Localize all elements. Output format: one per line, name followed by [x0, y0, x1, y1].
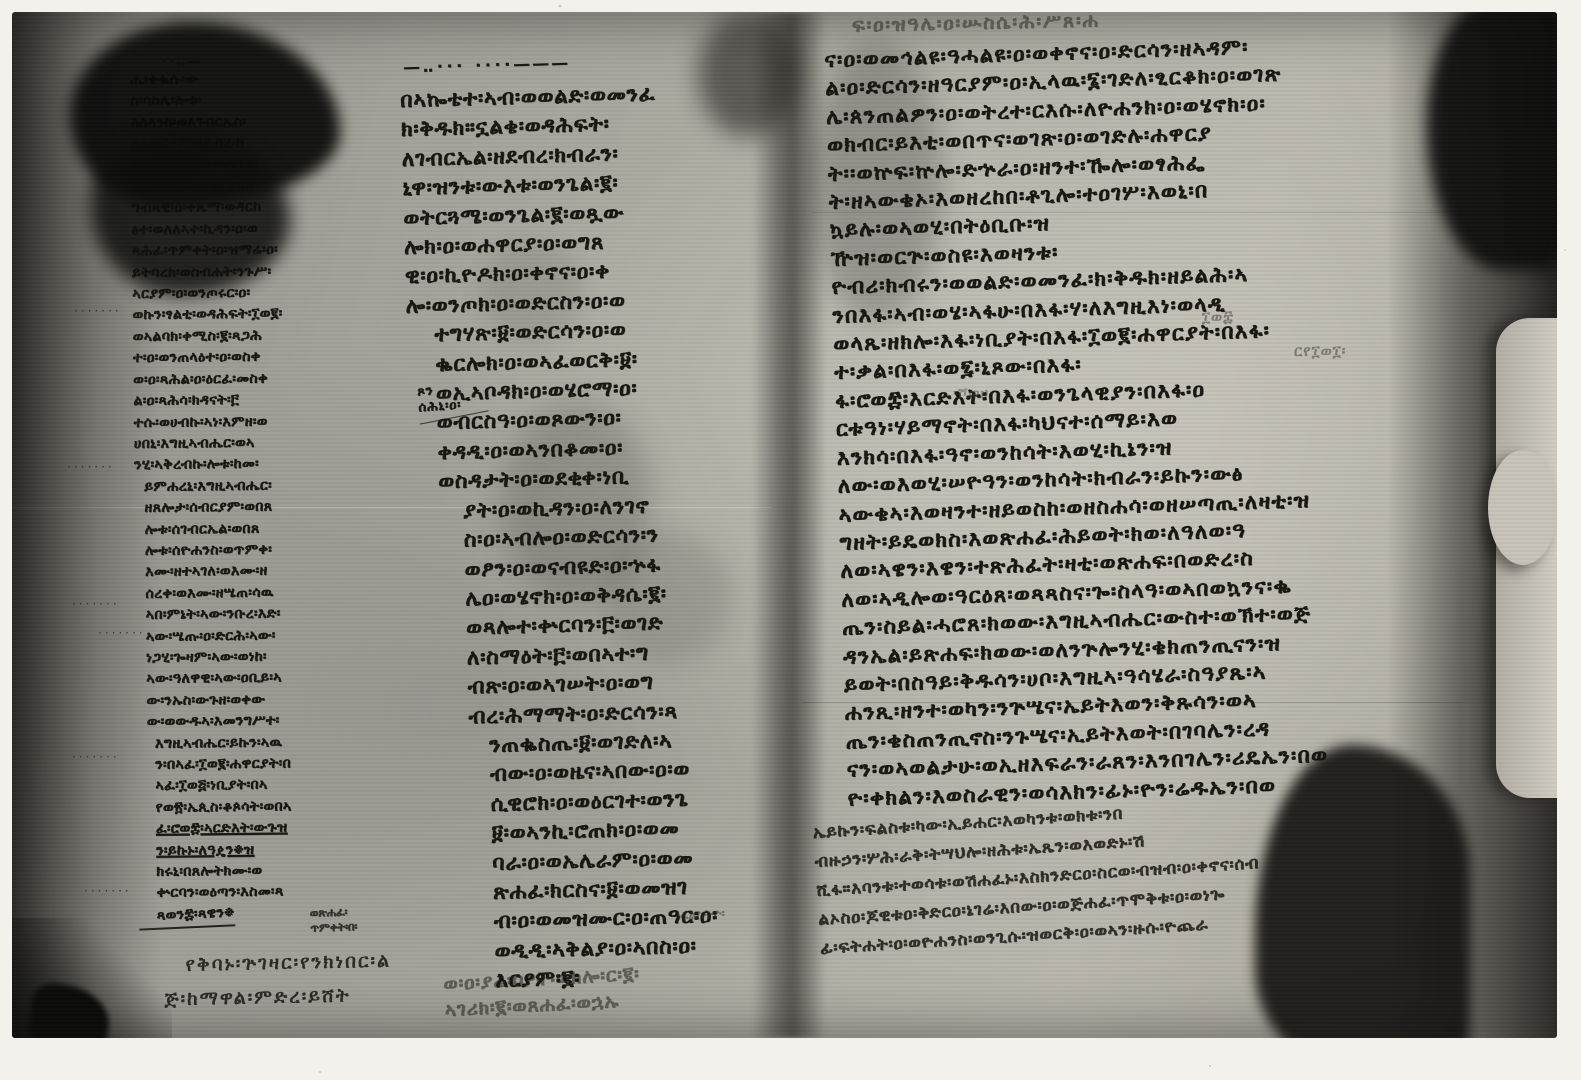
- text-line: ወኩን፡ፃልቲ፡ወዳሕፍት፡፲ወ፪፡: [132, 303, 410, 327]
- text-line: ን፡ይኩኑ፡ለዓዼን፠ዝ: [138, 838, 416, 862]
- text-line: ኣበ፡ምኔት፡ኣው፡ንቡረ፡እድ፡: [136, 602, 414, 626]
- text-line: ነጋሂ፡ጐዛም፡ኣው፡ወነከ፡: [136, 645, 414, 669]
- text-line: ው፡ወውዱኣ፡እመንግሥተ፡: [137, 709, 415, 733]
- faint-numeral: ፲ወ፰: [1202, 308, 1234, 326]
- header-rule-ornament: ―‥··· ····―――: [404, 54, 572, 77]
- scribe-mini-note-line: ወጽሐፈ፡: [309, 904, 356, 921]
- text-line: ተ፡ዐ፡ወንጠላዕተ፡ዐ፡ወስቀ: [133, 345, 411, 369]
- scribe-mini-note: ወጽሐፈ፡ ጥምቀት፡በ፡: [309, 904, 357, 936]
- text-line: ወኣልባክ፡ቀሚስ፡፪፡ጻጋሕ: [133, 324, 411, 348]
- text-line: ተሱ፡ወሀብኩ፡ኣነ፡እምዘ፡ወ: [134, 410, 412, 434]
- binding-gutter-shadow: [752, 12, 826, 1038]
- text-line: ዘጸሎታ፡ሰብርያም፡ወበጸ: [134, 495, 412, 519]
- colophon-line: ጅ፡ከማዋል፡ምድረ፡ይሸት: [164, 978, 392, 1017]
- text-line: ሀበኒ፡እግዚኣብሔር፡ወኣ: [134, 431, 412, 455]
- faint-marginal-word: ፡ፋልስትዮ፡: [677, 907, 726, 924]
- manuscript-photograph: ሔ፡ቀቈሱ፡ውስ፡ባስሌ፡ሎቱ፡ለሰላንከ፡ወለገብርኤስ፡ለለጠርያም፡ዘይብ…: [12, 12, 1557, 1038]
- scribe-mini-note-line: ጥምቀት፡በ፡: [310, 919, 357, 936]
- colophon-note: የቅባኑ፡ጕገዛር፡የንክነበር፡ል ጅ፡ከማዋል፡ምድረ፡ይሸት: [163, 944, 392, 1017]
- right-page-partial-top-line: ፍ፡ዐ፡ዝዓሌ፡ዐ፡ሡስሴ፡ሕ፡ሥጸ፡ሐ: [852, 12, 1100, 37]
- text-line: ሎቱ፡ሰዮሐንስ፡ወጥምቀ፡: [135, 538, 413, 562]
- text-line: ሰረቀ፡ወእሙ፡ዘሤጠ፡ሳዉ: [135, 581, 413, 605]
- text-line: ል፡ዐ፡ጻሕሳ፡ክዳናት፡፫: [133, 388, 411, 412]
- faint-numeral: ርየ፲ወ፲፡: [1294, 342, 1346, 360]
- left-page-column-2-faint-tail: ወ፡ዐ፡ያሬ፡በዖት፡ወክሎ፡ር፡፪፡ኣገሪክ፡፪፡ወጸሐፈ፡ወኋኡ: [443, 961, 642, 1023]
- text-line: እሙ፡ዘተኣገለ፡ወእሙ፡ዘ: [135, 559, 413, 583]
- text-line: ክሩኒ፡በጸሎትክሙ፡ወ: [138, 859, 416, 883]
- text-line: ወ፡ዐ፡ጻሕል፡ዐ፡ዕርፈ፡መስቀ: [133, 367, 411, 391]
- holding-fingertip: [1488, 450, 1557, 565]
- text-line: ቍርባን፡ወዕጣን፡እስመ፡ጻ: [139, 880, 417, 904]
- text-line: ይምሐረኒ፡እግዚኣብሔር፡: [134, 474, 412, 498]
- text-line: ሎቱ፡ሰገብርኤል፡ወበጸ: [135, 517, 413, 541]
- text-line: ኣው፡ዓለዋዊ፡ኣው፡ዐቢይ፡ኣ: [136, 666, 414, 690]
- text-line: ን፡በኣፈ፡፲ወ፪፡ሐዋርያት፡በ: [137, 752, 415, 776]
- text-line: ፈ፡ሮወ፰፡ኣርድእት፡ውጉዝ: [138, 816, 416, 840]
- text-line: ው፡ንኡስ፡ውጉዘ፡ወቀው: [137, 688, 415, 712]
- text-line: ኣፈ፡፲ወ፭፡ነቢያት፡በኣ: [137, 773, 415, 797]
- text-line: የወ፳፡ኤጲስ፡ቆጶሳት፡ወበኣ: [138, 795, 416, 819]
- gutter-top-smudge: [698, 12, 798, 137]
- photo-print-frame: ሔ፡ቀቈሱ፡ውስ፡ባስሌ፡ሎቱ፡ለሰላንከ፡ወለገብርኤስ፡ለለጠርያም፡ዘይብ…: [0, 0, 1581, 1080]
- text-line: ኣው፡ሤጡ፡ዐ፡ድርሕ፡ኣው፡: [136, 624, 414, 648]
- text-line: እግዚኣብሔር፡ይኩን፡ኣዉ: [137, 731, 415, 755]
- text-line: ንሂ፡ኣቅረብኩ፡ሎቱ፡ከመ፡: [134, 452, 412, 476]
- colophon-line: የቅባኑ፡ጕገዛር፡የንክነበር፡ል: [185, 944, 391, 982]
- marginal-note: ጾን ሰሕኒ፡ዐ፡: [417, 380, 489, 421]
- faint-numeral: ሾወሀ: [958, 384, 989, 402]
- marginal-note-line: ሰሕኒ፡ዐ፡: [418, 396, 489, 417]
